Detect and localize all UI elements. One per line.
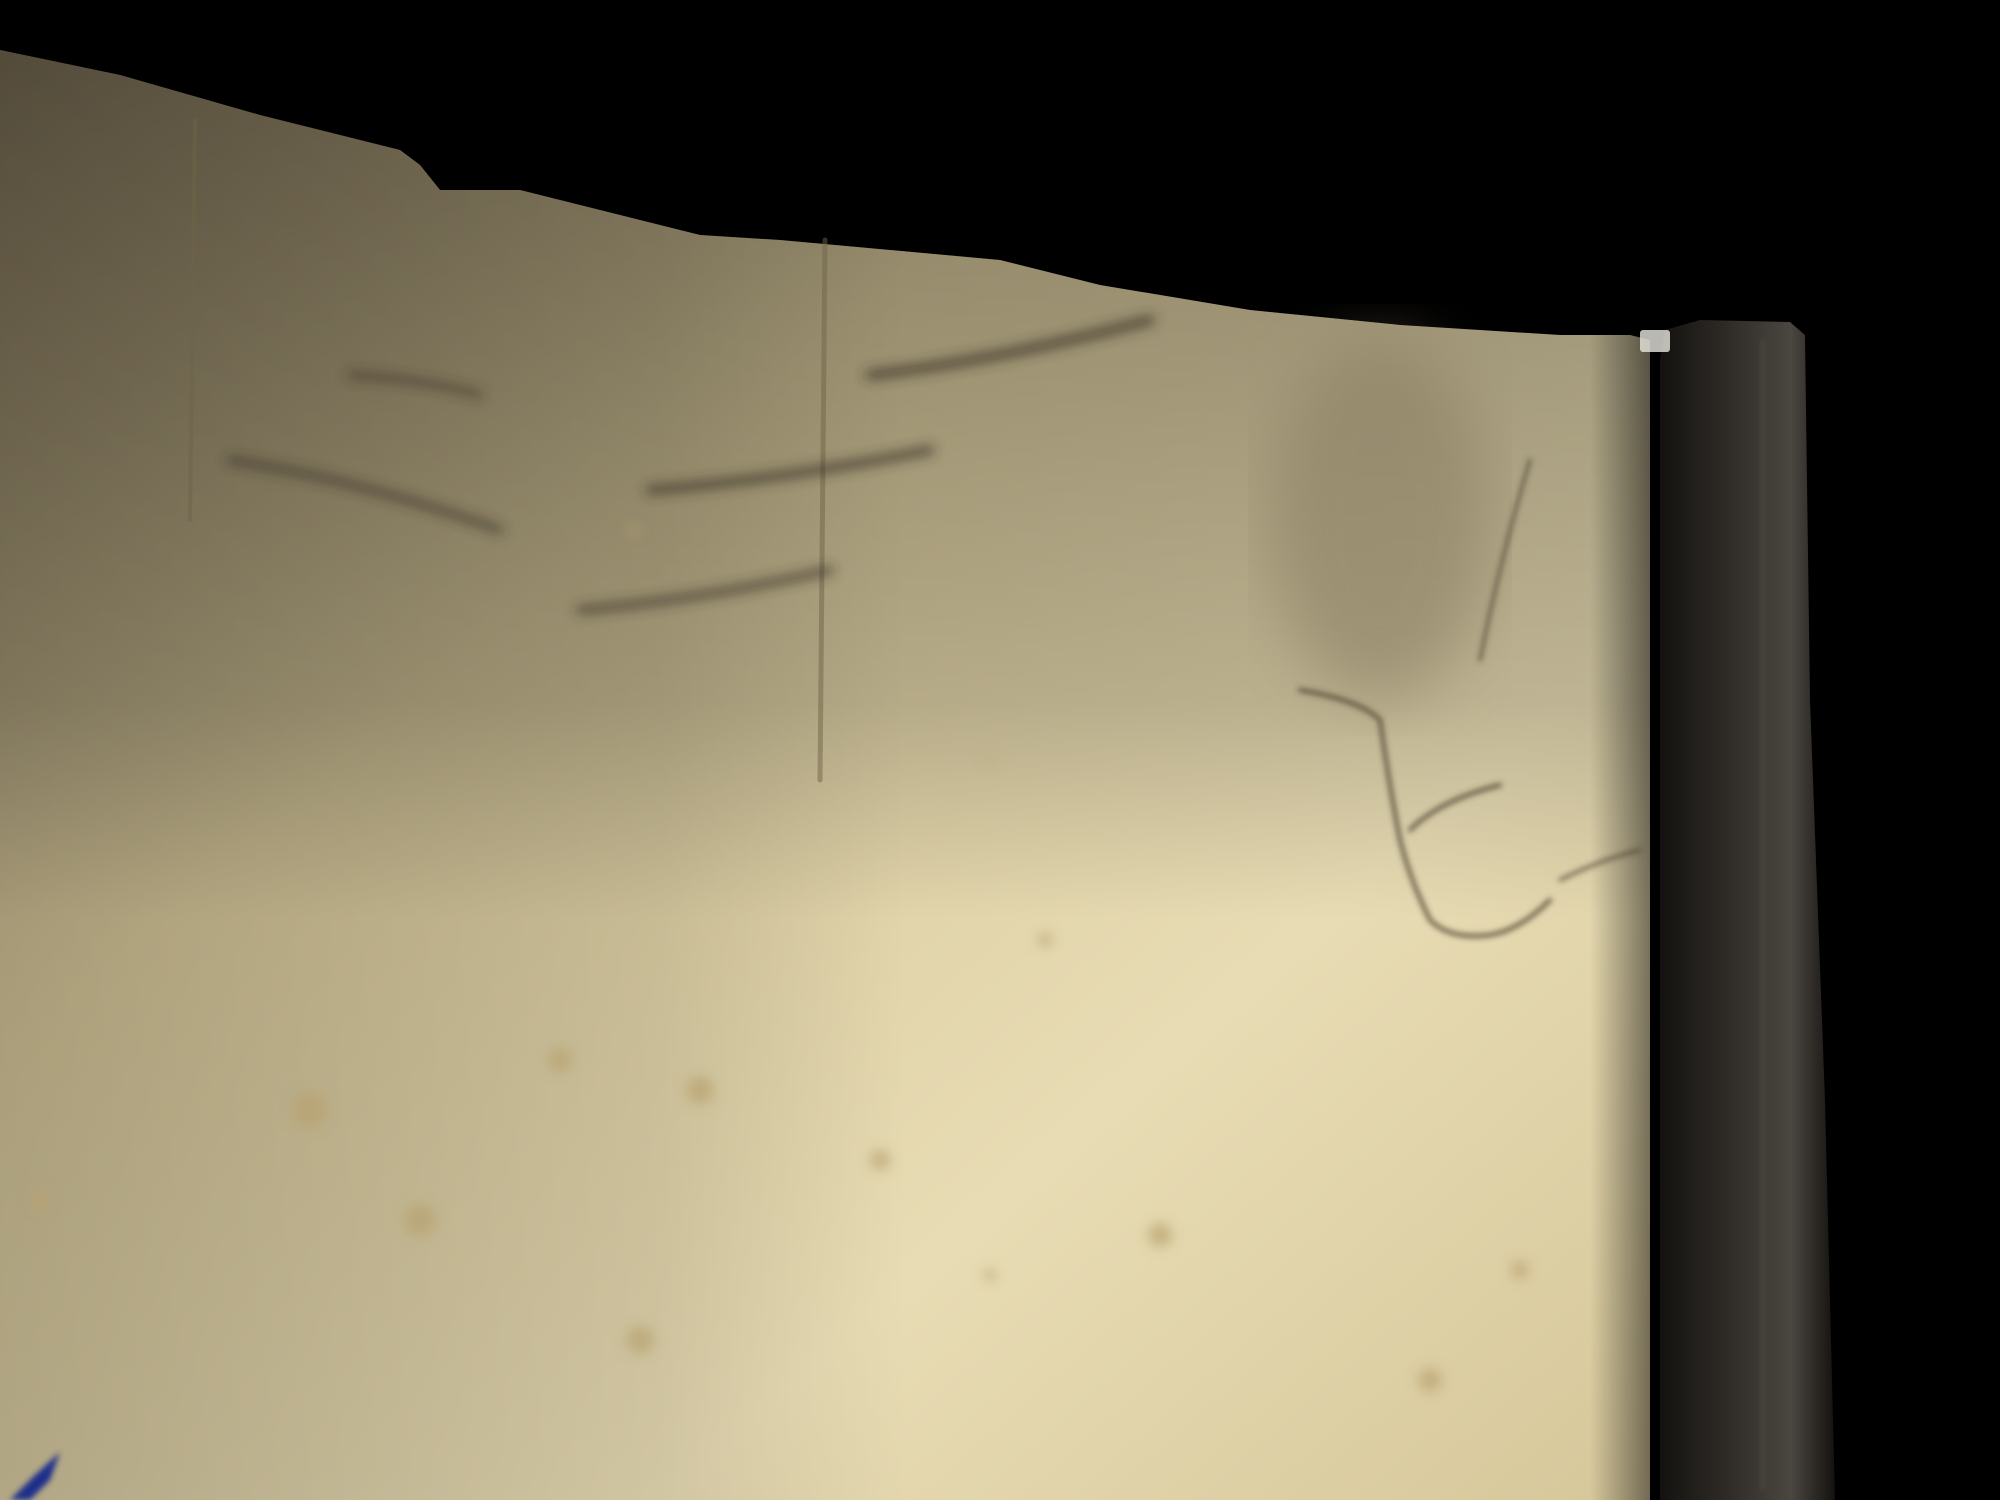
age-spot <box>870 1150 890 1170</box>
wooden-roller <box>1640 320 1835 1500</box>
age-spot <box>626 1326 654 1354</box>
age-spot <box>404 1204 436 1236</box>
roller-paper-fold <box>1640 330 1670 352</box>
age-spot <box>292 1092 328 1128</box>
roller-cast-shadow <box>1590 330 1660 1500</box>
age-spot <box>548 1048 572 1072</box>
age-spot <box>1148 1223 1172 1247</box>
age-spot <box>986 756 994 764</box>
age-spot <box>630 525 640 535</box>
scroll-illustration <box>0 0 2000 1500</box>
roller-highlight <box>1760 340 1766 1490</box>
age-spot <box>30 1190 50 1210</box>
age-spot <box>1511 1261 1529 1279</box>
age-spot <box>686 1076 714 1104</box>
stain-patch <box>1270 340 1490 700</box>
age-spot <box>1038 933 1052 947</box>
scroll-photo <box>0 0 2000 1500</box>
age-spot <box>984 1269 996 1281</box>
age-spot <box>1418 1368 1442 1392</box>
